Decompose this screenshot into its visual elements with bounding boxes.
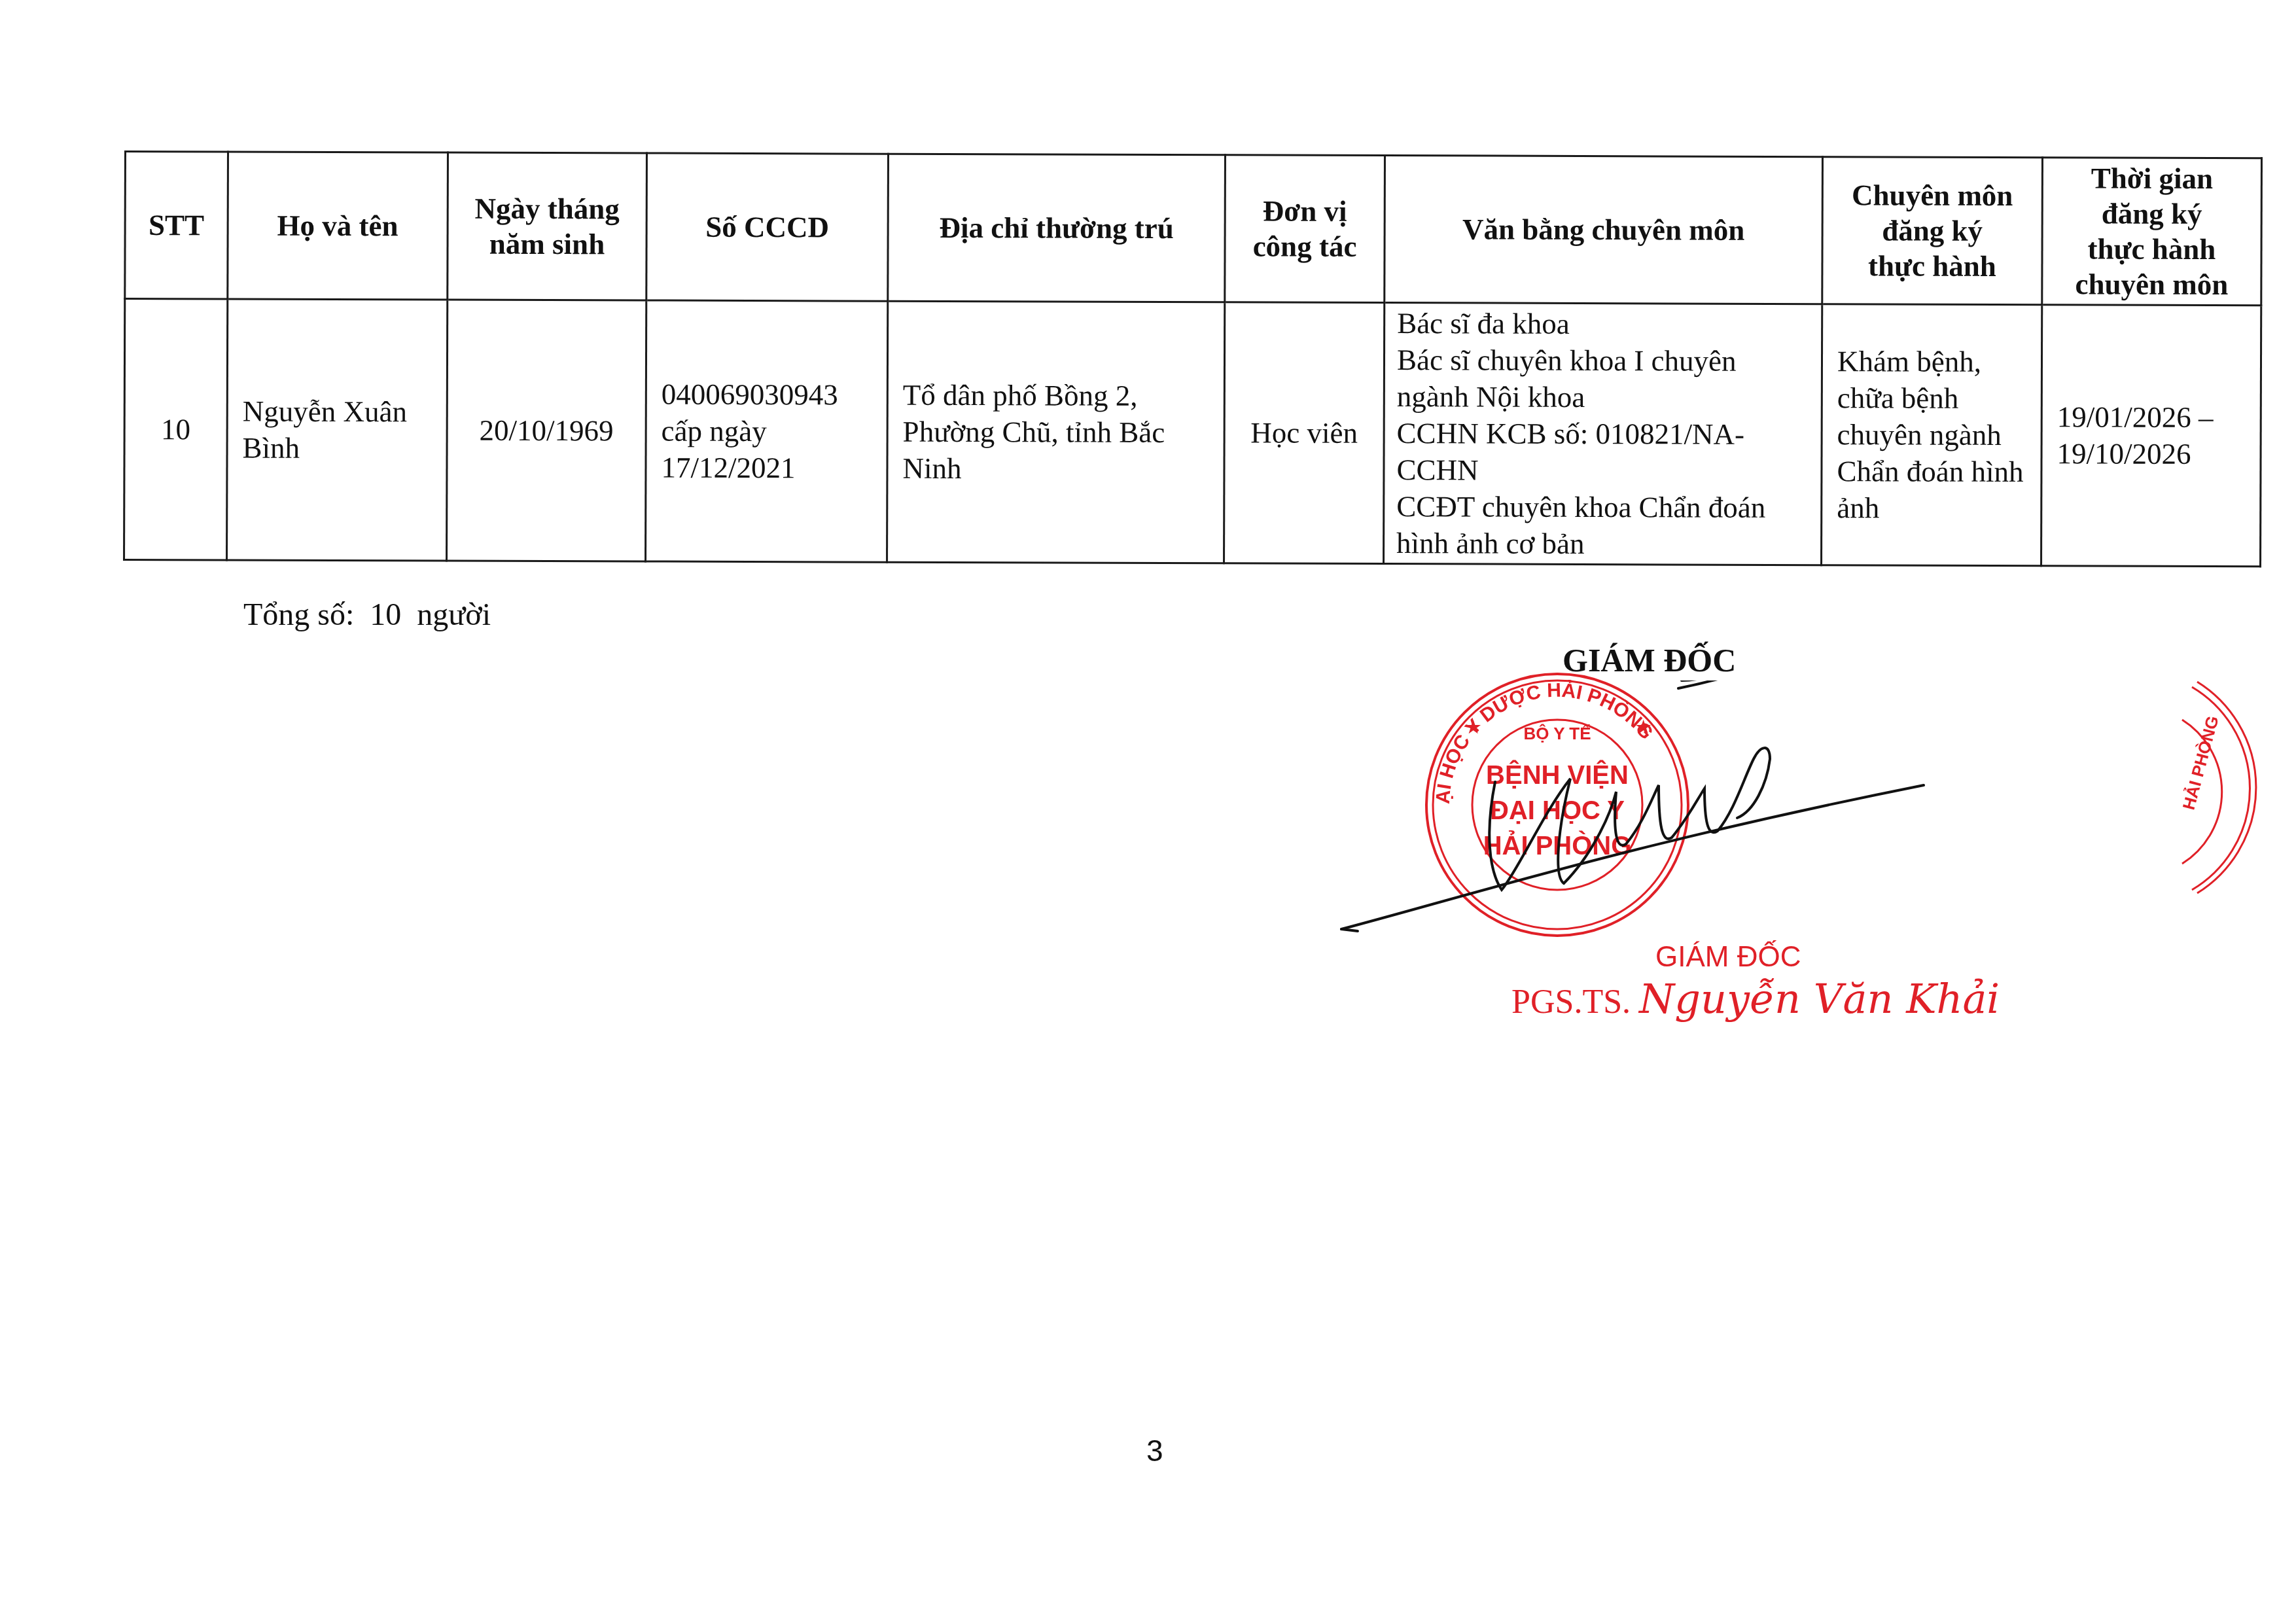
cell-qualifications: Bác sĩ đa khoa Bác sĩ chuyên khoa I chuy… [1384,303,1822,565]
cell-id-number: 040069030943 cấp ngày 17/12/2021 [646,300,888,562]
signature-title: GIÁM ĐỐC [1563,641,1736,679]
document-page: STT Họ và tên Ngày tháng năm sinh Số CCC… [0,0,2296,1624]
qualification-line: Bác sĩ chuyên khoa I chuyên ngành Nội kh… [1397,342,1812,416]
header-id-number: Số CCCD [646,153,889,301]
cell-period: 19/01/2026 – 19/10/2026 [2041,305,2261,567]
printed-title: GIÁM ĐỐC [1655,941,1801,974]
registration-table: STT Họ và tên Ngày tháng năm sinh Số CCC… [123,150,2263,567]
header-date-of-birth: Ngày tháng năm sinh [448,152,647,300]
total-label: Tổng số: [243,597,354,632]
signer-prefix: PGS.TS. [1511,983,1631,1021]
partial-stamp-icon: HẢI PHÒNG [2179,674,2296,896]
total-unit: người [417,597,491,632]
table-row: 10 Nguyễn Xuân Bình 20/10/1969 040069030… [124,299,2261,567]
qualification-line: CCĐT chuyên khoa Chẩn đoán hình ảnh cơ b… [1396,488,1811,563]
signer-full-name: Nguyễn Văn Khải [1639,975,2000,1023]
header-qualifications: Văn bằng chuyên môn [1385,156,1823,304]
qualification-line: CCHN KCB số: 010821/NA-CCHN [1396,415,1811,489]
total-number: 10 [370,597,401,632]
cell-date-of-birth: 20/10/1969 [447,300,646,561]
header-specialty: Chuyên môn đăng ký thực hành [1822,157,2043,305]
header-stt: STT [125,152,228,299]
signer-name: PGS.TS. Nguyễn Văn Khải [1511,975,2000,1023]
handwritten-signature-icon [1335,680,1989,968]
header-full-name: Họ và tên [228,152,448,300]
header-period: Thời gian đăng ký thực hành chuyên môn [2042,158,2262,306]
total-count: Tổng số: 10 người [243,597,491,633]
cell-work-unit: Học viên [1224,302,1385,564]
table-header-row: STT Họ và tên Ngày tháng năm sinh Số CCC… [125,152,2262,306]
cell-full-name: Nguyễn Xuân Bình [227,299,448,561]
cell-address: Tổ dân phố Bồng 2, Phường Chũ, tỉnh Bắc … [887,301,1225,563]
cell-stt: 10 [124,299,228,560]
header-work-unit: Đơn vị công tác [1225,155,1385,303]
header-address: Địa chỉ thường trú [888,154,1226,302]
cell-specialty: Khám bệnh, chữa bệnh chuyên ngành Chẩn đ… [1822,304,2042,566]
qualification-line: Bác sĩ đa khoa [1397,305,1812,343]
page-number: 3 [1146,1433,1163,1468]
